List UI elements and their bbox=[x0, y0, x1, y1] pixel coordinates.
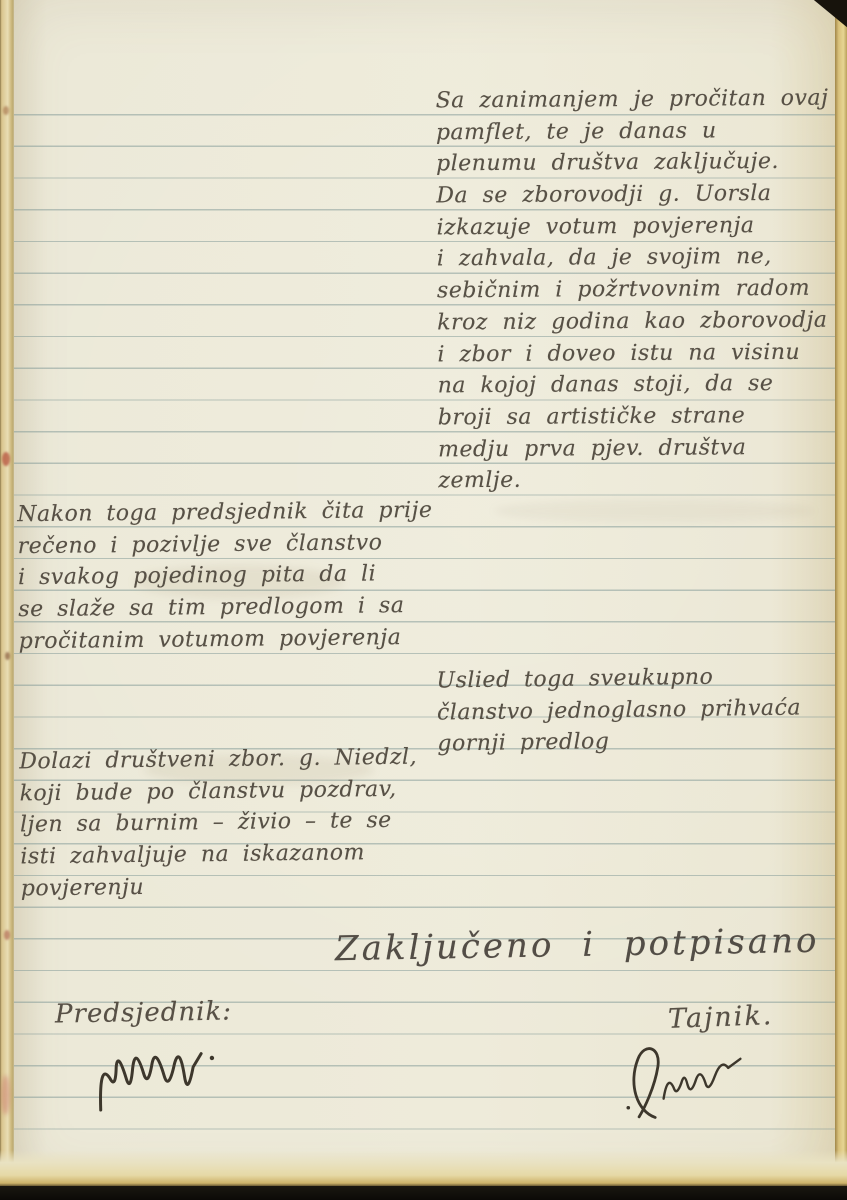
minutes-paragraph-4: Dolazi društveni zbor. g. Niedzl, koji b… bbox=[19, 742, 419, 905]
handwritten-line: isti zahvaljuje na iskazanom bbox=[20, 837, 418, 874]
handwritten-line: sebičnim i požrtvovnim radom bbox=[437, 273, 830, 307]
handwritten-line: broji sa artističke strane bbox=[438, 400, 831, 434]
minutes-paragraph-3: Uslied toga sveukupno članstvo jednoglas… bbox=[436, 660, 801, 760]
handwritten-line: i zbor i doveo istu na visinu bbox=[437, 336, 830, 370]
handwritten-line: pročitanim votumom povjerenja bbox=[19, 622, 434, 658]
handwritten-line: rečeno i pozivlje sve članstvo bbox=[18, 527, 433, 563]
handwritten-line: i svakog pojedinog pita da li bbox=[18, 558, 433, 594]
handwritten-line: Dolazi društveni zbor. g. Niedzl, bbox=[19, 742, 417, 779]
secretary-label: Tajnik. bbox=[667, 1000, 773, 1035]
closing-statement: Zaključeno i potpisano bbox=[335, 921, 820, 969]
handwritten-line: koji bude po članstvu pozdrav, bbox=[19, 773, 417, 810]
handwritten-line: Nakon toga predsjednik čita prije bbox=[17, 495, 432, 531]
handwritten-line: Da se zborovodji g. Uorsla bbox=[436, 178, 829, 212]
handwritten-line: Sa zanimanjem je pročitan ovaj bbox=[436, 83, 829, 117]
handwritten-line: plenumu društva zaključuje. bbox=[436, 146, 829, 180]
handwritten-line: se slaže sa tim predlogom i sa bbox=[18, 590, 433, 626]
handwritten-line: povjerenju bbox=[21, 868, 419, 905]
president-label: Predsjednik: bbox=[55, 996, 232, 1029]
handwritten-line: medju prva pjev. društva bbox=[438, 431, 831, 465]
paper-stain bbox=[494, 500, 814, 522]
binding-edge-left bbox=[0, 0, 14, 1186]
page-fore-edge bbox=[835, 0, 847, 1186]
handwritten-line: pamflet, te je danas u bbox=[436, 114, 829, 148]
handwritten-line: na kojoj danas stoji, da se bbox=[438, 368, 831, 402]
minutes-paragraph-1: Sa zanimanjem je pročitan ovaj pamflet, … bbox=[436, 83, 832, 498]
handwritten-line: kroz niz godina kao zborovodja bbox=[437, 304, 830, 338]
handwritten-line: ljen sa burnim – živio – te se bbox=[20, 805, 418, 842]
handwritten-line: izkazuje votum povjerenja bbox=[436, 209, 829, 243]
book-cover-bottom bbox=[0, 1186, 847, 1200]
minutes-paragraph-2: Nakon toga predsjednik čita prije rečeno… bbox=[17, 495, 434, 658]
handwritten-line: i zahvala, da je svojim ne, bbox=[437, 241, 830, 275]
page-bottom-edge bbox=[0, 1150, 847, 1186]
scanned-ledger-page: Sa zanimanjem je pročitan ovaj pamflet, … bbox=[0, 0, 847, 1200]
handwritten-line: gornji predlog bbox=[437, 724, 801, 761]
handwritten-line: zemlje. bbox=[438, 463, 831, 497]
handwritten-line: članstvo jednoglasno prihvaća bbox=[437, 692, 801, 729]
handwritten-line: Uslied toga sveukupno bbox=[436, 660, 800, 697]
